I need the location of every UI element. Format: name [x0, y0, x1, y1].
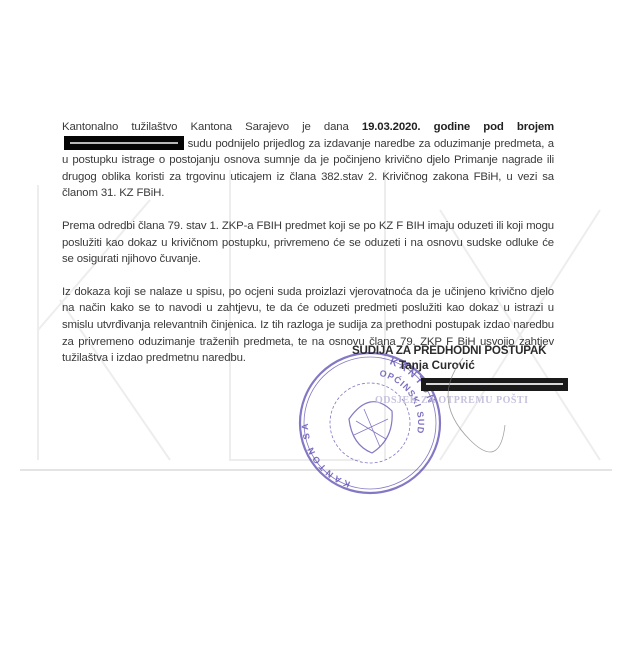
signature-scribble [0, 0, 632, 651]
